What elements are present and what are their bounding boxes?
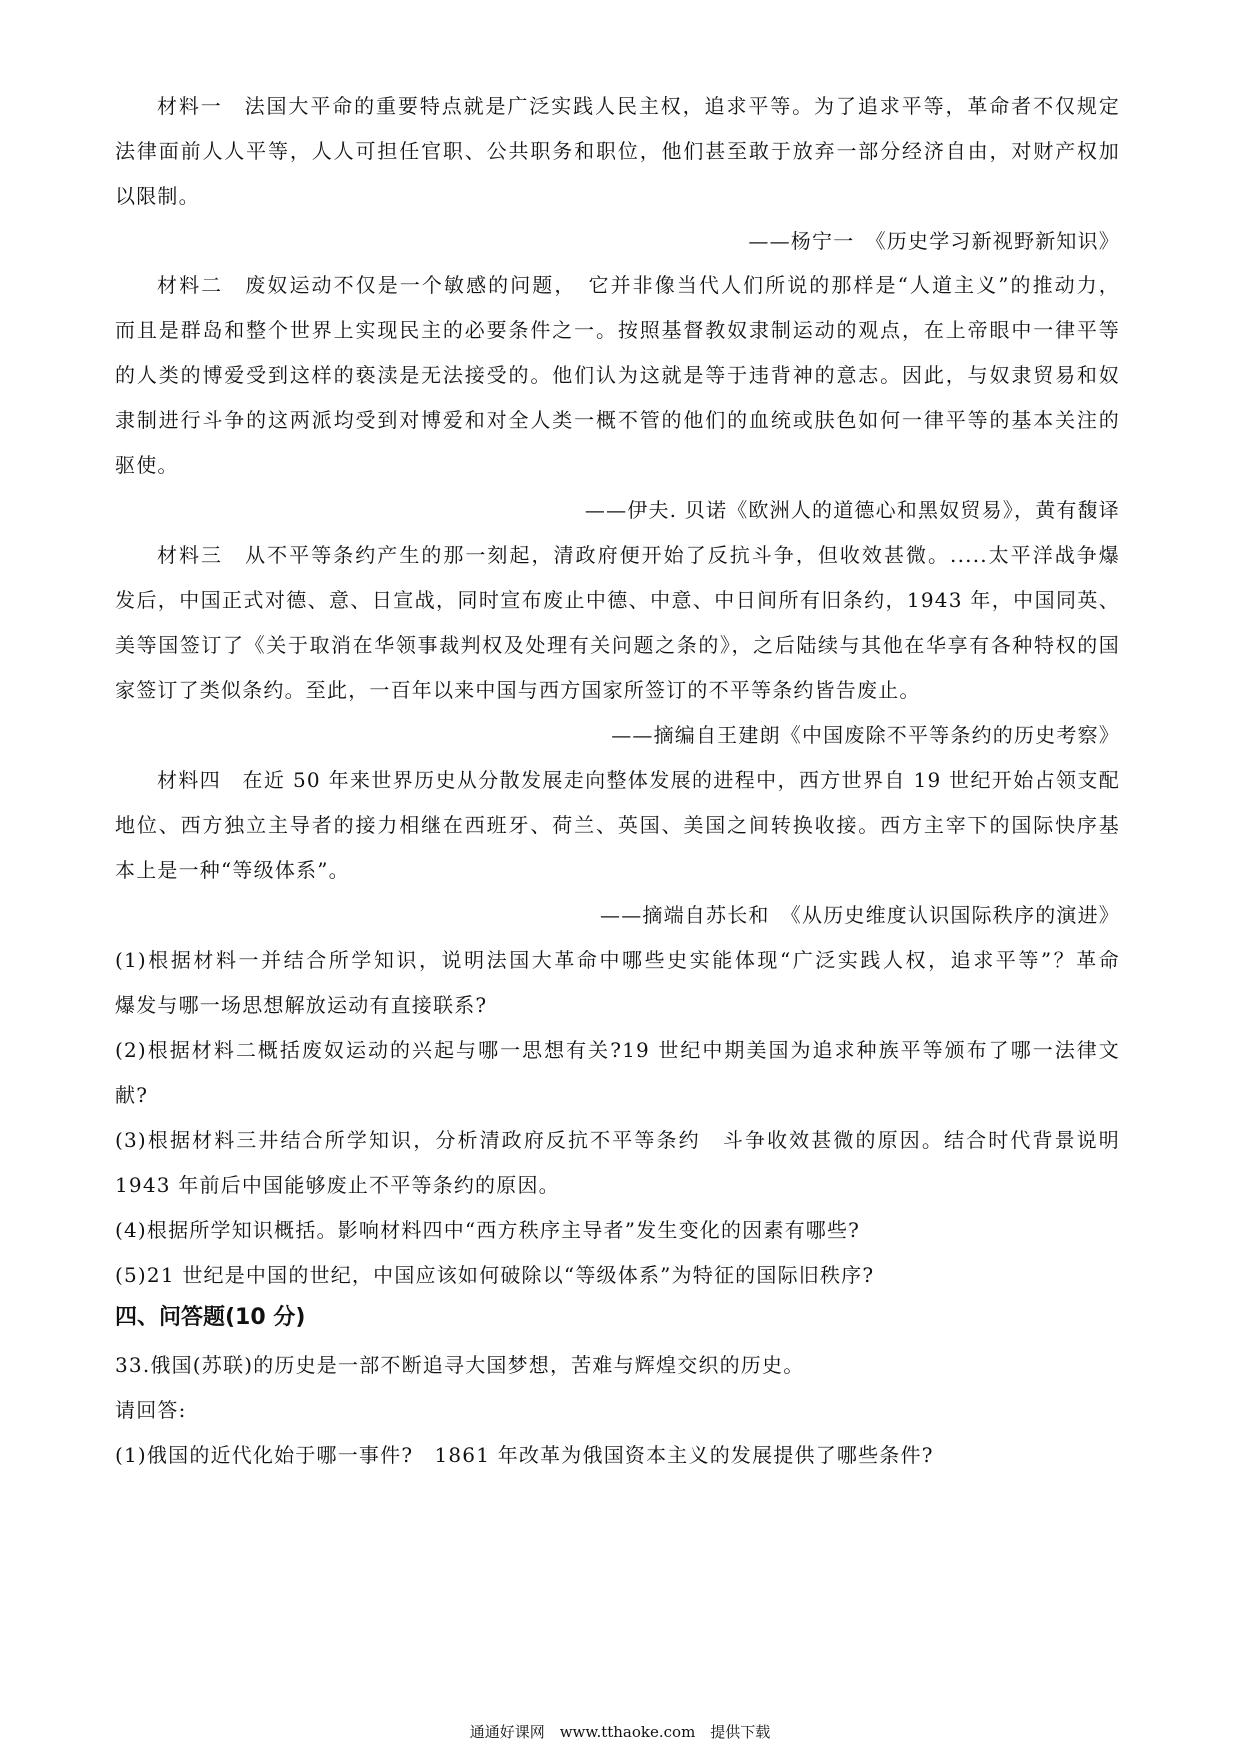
material-2-line-5: 驱使。 [115, 453, 1120, 477]
material-1-line-3: 以限制。 [115, 184, 1120, 208]
material-2-line-2: 而且是群岛和整个世界上实现民主的必要条件之一。按照基督教奴隶制运动的观点，在上帝… [115, 318, 1120, 342]
section-heading: 四、问答题(10 分) [115, 1306, 1120, 1330]
question-2-line-1: (2)根据材料二概括废奴运动的兴起与哪一思想有关?19 世纪中期美国为追求种族平… [115, 1038, 1120, 1062]
question-33-sub-1: (1)俄国的近代化始于哪一事件? 1861 年改革为俄国资本主义的发展提供了哪些… [115, 1443, 1120, 1467]
question-3-line-1: (3)根据材料三井结合所学知识，分析清政府反抗不平等条约 斗争收效甚微的原因。结… [115, 1128, 1120, 1152]
question-2-line-2: 献? [115, 1083, 1120, 1107]
material-3-line-2: 发后，中国正式对德、意、日宣战，同时宣布废止中德、中意、中日间所有旧条约，194… [115, 588, 1120, 612]
material-3-line-4: 家签订了类似条约。至此，一百年以来中国与西方国家所签订的不平等条约皆告废止。 [115, 678, 1120, 702]
material-4-line-1: 材料四 在近 50 年来世界历史从分散发展走向整体发展的进程中，西方世界自 19… [157, 768, 1120, 792]
material-1-line-2: 法律面前人人平等，人人可担任官职、公共职务和职位，他们甚至敢于放弃一部分经济自由… [115, 139, 1120, 163]
material-4-citation: ——摘端自苏长和 《从历史维度认识国际秩序的演进》 [115, 903, 1120, 927]
question-1-line-1: (1)根据材料一并结合所学知识，说明法国大革命中哪些史实能体现“广泛实践人权，追… [115, 948, 1120, 972]
material-3-citation: ——摘编自王建朗《中国废除不平等条约的历史考察》 [115, 723, 1120, 747]
material-4-line-3: 本上是一种“等级体系”。 [115, 858, 1120, 882]
question-33-prompt: 请回答: [115, 1398, 1120, 1422]
material-4-line-2: 地位、西方独立主导者的接力相继在西班牙、荷兰、英国、美国之间转换收接。西方主宰下… [115, 813, 1120, 837]
question-3-line-2: 1943 年前后中国能够废止不平等条约的原因。 [115, 1173, 1120, 1197]
material-1-line-1: 材料一 法国大平命的重要特点就是广泛实践人民主权，追求平等。为了追求平等，革命者… [157, 94, 1120, 118]
material-1-citation: ——杨宁一 《历史学习新视野新知识》 [115, 229, 1120, 253]
material-2-line-4: 隶制进行斗争的这两派均受到对博爱和对全人类一概不管的他们的血统或肤色如何一律平等… [115, 408, 1120, 432]
question-1-line-2: 爆发与哪一场思想解放运动有直接联系? [115, 993, 1120, 1017]
page-footer: 通通好课网 www.tthaoke.com 提供下载 [0, 1722, 1240, 1742]
material-2-citation: ——伊夫. 贝诺《欧洲人的道德心和黑奴贸易》，黄有馥译 [115, 498, 1120, 522]
material-2-line-3: 的人类的博爱受到这样的亵渎是无法接受的。他们认为这就是等于违背神的意志。因此，与… [115, 363, 1120, 387]
material-3-line-1: 材料三 从不平等条约产生的那一刻起，清政府便开始了反抗斗争，但收效甚微。....… [157, 543, 1120, 567]
question-4-line-1: (4)根据所学知识概括。影响材料四中“西方秩序主导者”发生变化的因素有哪些? [115, 1218, 1120, 1242]
question-5-line-1: (5)21 世纪是中国的世纪，中国应该如何破除以“等级体系”为特征的国际旧秩序? [115, 1263, 1120, 1287]
material-2-line-1: 材料二 废奴运动不仅是一个敏感的问题， 它并非像当代人们所说的那样是“人道主义”… [157, 273, 1120, 297]
material-3-line-3: 美等国签订了《关于取消在华领事裁判权及处理有关问题之条的》，之后陆续与其他在华享… [115, 633, 1120, 657]
question-33-stem: 33.俄国(苏联)的历史是一部不断追寻大国梦想，苦难与辉煌交织的历史。 [115, 1353, 1120, 1377]
